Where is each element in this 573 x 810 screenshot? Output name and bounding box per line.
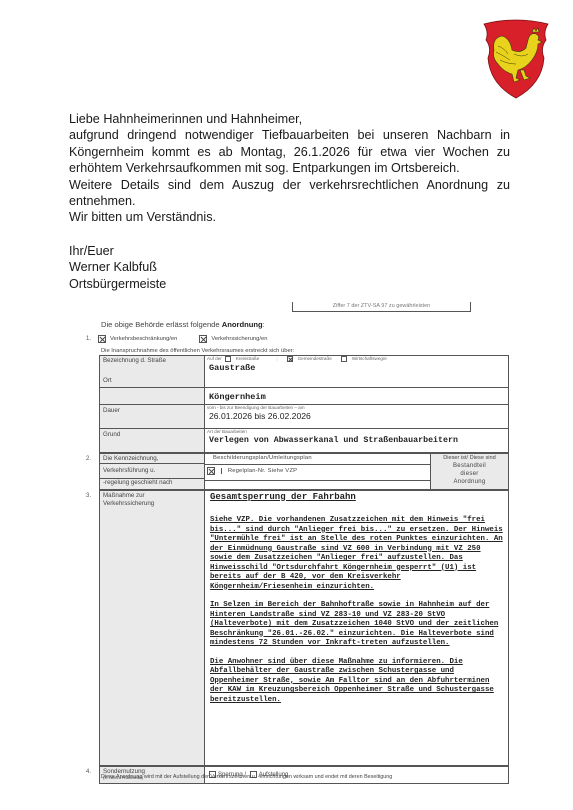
top-box-text: Ziffer 7 der ZTV-SA 97 zu gewährleisten xyxy=(292,302,471,312)
street-value: Gaustraße xyxy=(205,362,508,374)
checkbox-label: Verkehrssicherung/en xyxy=(211,336,267,342)
place-label: Ort xyxy=(103,377,201,385)
reason-value: Verlegen von Abwasserkanal und Straßenba… xyxy=(205,435,508,447)
place-value: Köngernheim xyxy=(205,388,508,403)
measure-title: Gesamtsperrung der Fahrbahn xyxy=(210,493,504,503)
salutation: Liebe Hahnheimerinnen und Hahnheimer, xyxy=(69,111,510,127)
duration-value: 26.01.2026 bis 26.02.2026 xyxy=(205,411,508,421)
scope-text: Die Inanspruchnahme des öffentlichen Ver… xyxy=(101,348,294,354)
reason-label: Grund xyxy=(100,429,205,454)
order-footer-note: Diese Anordnung wird mit der Aufstellung… xyxy=(101,774,392,780)
checkbox-wirtschaftsweg[interactable] xyxy=(341,356,347,362)
measure-paragraph: Siehe VZP. Die vorhandenen Zusatzzeichen… xyxy=(210,516,504,592)
letter-paragraph: Wir bitten um Verständnis. xyxy=(69,209,510,225)
letter-paragraph: Weitere Details sind dem Auszug der verk… xyxy=(69,177,510,210)
street-value-cell: Auf der Kreisstraße ; Gemeindestraße Wir… xyxy=(205,356,509,388)
duration-label: Dauer xyxy=(100,405,205,429)
coat-of-arms-logo xyxy=(480,18,552,100)
order-table: Bezeichnung d. Straße Ort Auf der Kreiss… xyxy=(99,355,509,784)
signature-block: Ihr/Euer Werner Kalbfuß Ortsbürgermeiste xyxy=(69,243,166,292)
checkbox-verkehrssicherung[interactable] xyxy=(199,335,207,343)
closing: Ihr/Euer xyxy=(69,243,166,259)
measure-paragraph: In Selzen im Bereich der Bahnhoftraße so… xyxy=(210,601,504,649)
signer-role: Ortsbürgermeiste xyxy=(69,276,166,292)
measure-paragraph: Die Anwohner sind über diese Maßnahme zu… xyxy=(210,658,504,706)
checkbox-kreisstrasse[interactable] xyxy=(225,356,231,362)
section-3-measures: Gesamtsperrung der Fahrbahn Siehe VZP. D… xyxy=(205,490,509,766)
plan-note: Dieser ist/ Diese sind Bestandteil diese… xyxy=(431,453,509,490)
plan-value: Regelplan-Nr. Siehe VZP xyxy=(221,468,297,474)
checkbox-label: Verkehrsbeschränkung/en xyxy=(110,336,177,342)
order-intro: Die obige Behörde erlässt folgende Anord… xyxy=(101,320,265,329)
rooster-coat-of-arms-icon xyxy=(480,18,552,100)
letter-body: Liebe Hahnheimerinnen und Hahnheimer, au… xyxy=(69,111,510,226)
duration-value-cell: vom - bis zur Beendigung der Bauarbeiten… xyxy=(205,405,509,429)
checkbox-gemeindestrasse[interactable] xyxy=(287,356,293,362)
street-label: Bezeichnung d. Straße Ort xyxy=(100,356,205,388)
checkbox-regelplan[interactable] xyxy=(207,467,215,475)
place-value-cell: Köngernheim xyxy=(205,388,509,405)
section-1-checkboxes: 1. Verkehrsbeschränkung/en Verkehrssiche… xyxy=(86,335,267,343)
section-3-label: 3. Maßnahme zur Verkehrssicherung xyxy=(100,490,205,766)
reason-value-cell: Art der Bauarbeiten Verlegen von Abwasse… xyxy=(205,429,509,454)
section-2-label: 2. Die Kennzeichnung, Verkehrsführung u.… xyxy=(100,453,205,490)
letter-paragraph: aufgrund dringend notwendiger Tiefbauarb… xyxy=(69,127,510,176)
plan-row: Regelplan-Nr. Siehe VZP xyxy=(205,464,431,480)
plan-header: Beschilderungsplan/Umleitungsplan xyxy=(205,453,431,464)
signer-name: Werner Kalbfuß xyxy=(69,259,166,275)
section-number: 1. xyxy=(86,336,98,342)
checkbox-verkehrsbeschraenkung[interactable] xyxy=(98,335,106,343)
